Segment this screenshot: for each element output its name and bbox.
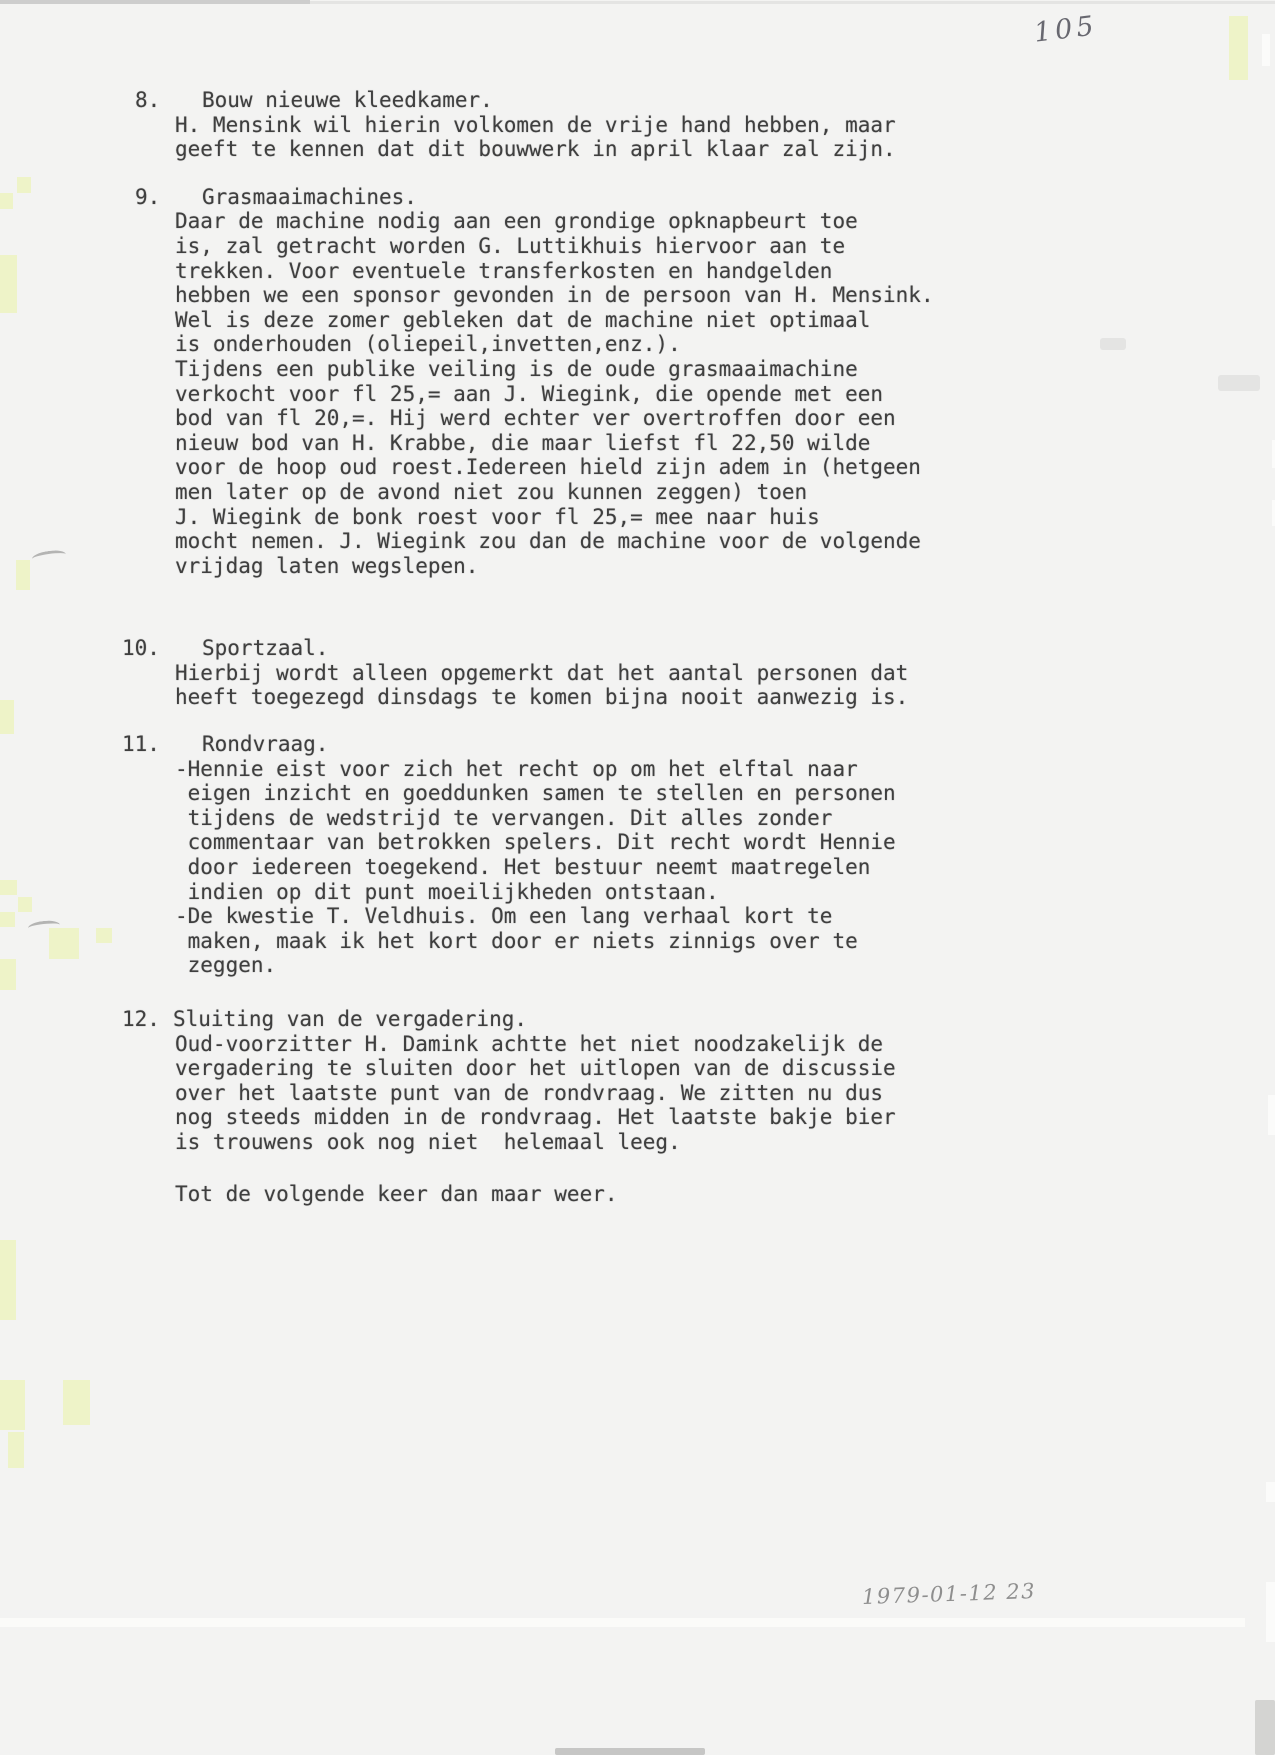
text-line: nieuw bod van H. Krabbe, die maar liefst…	[175, 431, 1142, 456]
text-line: J. Wiegink de bonk roest voor fl 25,= me…	[175, 505, 1142, 530]
text-line: geeft te kennen dat dit bouwwerk in apri…	[175, 137, 1142, 162]
text-line: Wel is deze zomer gebleken dat de machin…	[175, 308, 1142, 333]
scan-artifact	[16, 560, 30, 590]
section-title: Rondvraag.	[202, 732, 328, 757]
section-heading: 12. Sluiting van de vergadering.	[122, 1007, 1142, 1032]
section-heading: 10. Sportzaal.	[122, 636, 1142, 661]
scan-artifact	[0, 193, 13, 209]
text-line: verkocht voor fl 25,= aan J. Wiegink, di…	[175, 382, 1142, 407]
minutes-body: 8. Bouw nieuwe kleedkamer. H. Mensink wi…	[122, 88, 1142, 1206]
text-line: mocht nemen. J. Wiegink zou dan de machi…	[175, 529, 1142, 554]
text-line: is, zal getracht worden G. Luttikhuis hi…	[175, 234, 1142, 259]
section-number: 12.	[122, 1007, 173, 1032]
pen-squiggle-artifact	[31, 549, 66, 565]
handwritten-page-number: 105	[1032, 10, 1099, 49]
section-8-bouw-nieuwe-kleedkamer: 8. Bouw nieuwe kleedkamer. H. Mensink wi…	[122, 88, 1142, 162]
text-line: men later op de avond niet zou kunnen ze…	[175, 480, 1142, 505]
text-line: is onderhouden (oliepeil,invetten,enz.).	[175, 332, 1142, 357]
closing-line: Tot de volgende keer dan maar weer.	[175, 1182, 1142, 1207]
text-line: tijdens de wedstrijd te vervangen. Dit a…	[175, 806, 1142, 831]
scan-artifact	[1266, 1482, 1275, 1502]
scan-artifact	[0, 880, 17, 895]
section-11-rondvraag: 11. Rondvraag. -Hennie eist voor zich he…	[122, 732, 1142, 978]
text-line: H. Mensink wil hierin volkomen de vrije …	[175, 113, 1142, 138]
section-heading: 8. Bouw nieuwe kleedkamer.	[122, 88, 1142, 113]
scan-artifact	[49, 928, 79, 959]
text-line: nog steeds midden in de rondvraag. Het l…	[175, 1105, 1142, 1130]
handwritten-archive-note: 1979-01-12 23	[862, 1579, 1037, 1609]
text-line: is trouwens ook nog niet helemaal leeg.	[175, 1130, 1142, 1155]
section-number: 9.	[122, 185, 202, 210]
scan-artifact	[1100, 338, 1126, 350]
text-line: zeggen.	[175, 953, 1142, 978]
scan-artifact	[1268, 1095, 1275, 1135]
text-line: Daar de machine nodig aan een grondige o…	[175, 209, 1142, 234]
text-line: maken, maak ik het kort door er niets zi…	[175, 929, 1142, 954]
section-12-sluiting-vergadering: 12. Sluiting van de vergadering. Oud-voo…	[122, 1007, 1142, 1155]
scan-artifact	[0, 700, 14, 734]
scan-artifact	[1229, 16, 1248, 80]
section-heading: 11. Rondvraag.	[122, 732, 1142, 757]
text-line: -De kwestie T. Veldhuis. Om een lang ver…	[175, 904, 1142, 929]
scan-artifact	[0, 959, 16, 990]
scan-artifact	[0, 1240, 16, 1320]
section-title: Sportzaal.	[202, 636, 328, 661]
scan-artifact	[8, 1432, 24, 1468]
section-text: Hierbij wordt alleen opgemerkt dat het a…	[175, 661, 1142, 710]
section-heading: 9. Grasmaaimachines.	[122, 185, 1142, 210]
scan-artifact	[96, 928, 112, 943]
scan-artifact	[18, 897, 32, 912]
section-title: Sluiting van de vergadering.	[173, 1007, 527, 1032]
section-title: Grasmaaimachines.	[202, 185, 417, 210]
scan-artifact	[555, 1748, 705, 1755]
text-line: Tijdens een publike veiling is de oude g…	[175, 357, 1142, 382]
text-line: eigen inzicht en goeddunken samen te ste…	[175, 781, 1142, 806]
scan-artifact	[1266, 1582, 1275, 1642]
scan-artifact	[0, 1380, 25, 1430]
text-line: Hierbij wordt alleen opgemerkt dat het a…	[175, 661, 1142, 686]
text-line: commentaar van betrokken spelers. Dit re…	[175, 830, 1142, 855]
section-10-sportzaal: 10. Sportzaal. Hierbij wordt alleen opge…	[122, 636, 1142, 710]
section-text: -Hennie eist voor zich het recht op om h…	[175, 757, 1142, 978]
text-line: indien op dit punt moeilijkheden ontstaa…	[175, 880, 1142, 905]
section-number: 10.	[122, 636, 202, 661]
section-number: 8.	[122, 88, 202, 113]
scan-edge-artifact	[310, 1, 1275, 4]
text-line: Oud-voorzitter H. Damink achtte het niet…	[175, 1032, 1142, 1057]
scanned-document-page: { "page": { "page_number_handwritten": "…	[0, 0, 1275, 1755]
scan-edge-artifact	[0, 0, 310, 4]
section-title: Bouw nieuwe kleedkamer.	[202, 88, 493, 113]
text-line: trekken. Voor eventuele transferkosten e…	[175, 259, 1142, 284]
scan-artifact	[63, 1380, 90, 1425]
text-line: heeft toegezegd dinsdags te komen bijna …	[175, 685, 1142, 710]
text-line: voor de hoop oud roest.Iedereen hield zi…	[175, 455, 1142, 480]
scan-artifact	[1218, 375, 1260, 391]
scan-artifact	[1262, 34, 1270, 66]
scan-artifact	[1255, 1700, 1275, 1755]
section-9-grasmaaimachines: 9. Grasmaaimachines. Daar de machine nod…	[122, 185, 1142, 579]
text-line: vrijdag laten wegslepen.	[175, 554, 1142, 579]
text-line: bod van fl 20,=. Hij werd echter ver ove…	[175, 406, 1142, 431]
text-line: door iedereen toegekend. Het bestuur nee…	[175, 855, 1142, 880]
text-line: -Hennie eist voor zich het recht op om h…	[175, 757, 1142, 782]
text-line: hebben we een sponsor gevonden in de per…	[175, 283, 1142, 308]
section-text: Oud-voorzitter H. Damink achtte het niet…	[175, 1032, 1142, 1155]
text-line: vergadering te sluiten door het uitlopen…	[175, 1056, 1142, 1081]
section-number: 11.	[122, 732, 202, 757]
scan-artifact	[17, 177, 31, 193]
section-text: H. Mensink wil hierin volkomen de vrije …	[175, 113, 1142, 162]
scan-artifact	[0, 912, 15, 927]
section-text: Daar de machine nodig aan een grondige o…	[175, 209, 1142, 578]
fold-line-artifact	[0, 1618, 1245, 1627]
text-line: over het laatste punt van de rondvraag. …	[175, 1081, 1142, 1106]
scan-artifact	[0, 255, 17, 313]
